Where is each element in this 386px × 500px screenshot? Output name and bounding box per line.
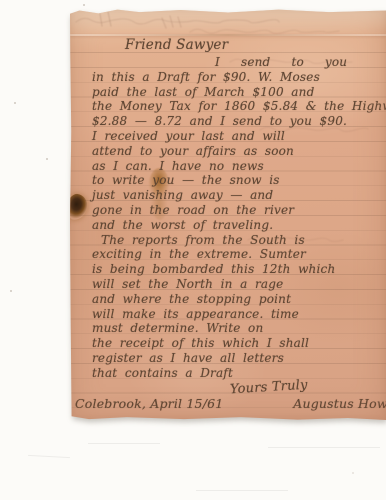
scanner-streak [268, 447, 380, 448]
scanner-streak [196, 490, 288, 491]
scanner-streak [28, 455, 70, 458]
dust-speck [46, 158, 48, 160]
dust-speck [352, 472, 354, 474]
letter-page: Friend Sawyer I send to you in this a Dr… [70, 8, 386, 420]
scan-background: { "letter": { "salutation": "Friend Sawy… [0, 0, 386, 500]
letter-paper: Friend Sawyer I send to you in this a Dr… [70, 8, 386, 420]
paper-vignette [70, 8, 386, 420]
dust-speck [14, 102, 16, 104]
dust-speck [83, 4, 85, 6]
dust-speck [10, 290, 12, 292]
scanner-streak [88, 443, 160, 444]
